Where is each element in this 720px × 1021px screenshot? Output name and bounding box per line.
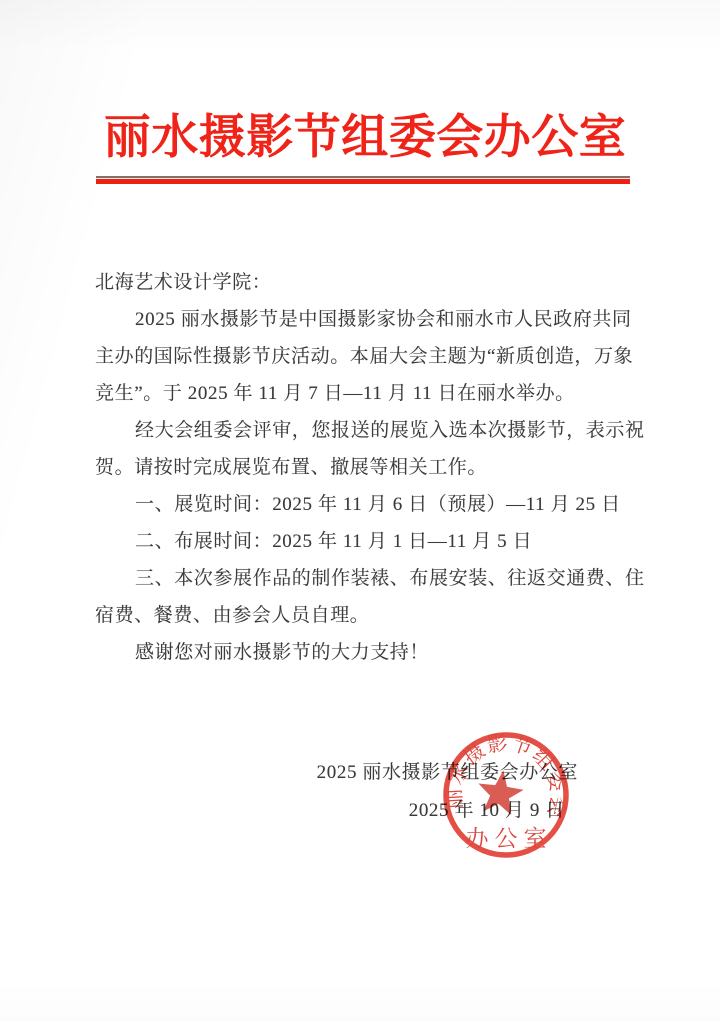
signature-date: 2025 年 10 月 9 日 [409,795,565,822]
body-line: 经大会组委会评审，您报送的展览入选本次摄影节，表示祝 [95,412,643,449]
body-line: 2025 丽水摄影节是中国摄影家协会和丽水市人民政府共同 [95,301,643,338]
body-line: 主办的国际性摄影节庆活动。本届大会主题为“新质创造，万象 [95,338,643,375]
salutation-line: 北海艺术设计学院： [95,264,643,301]
item-line-costs: 三、本次参展作品的制作装裱、布展安装、往返交通费、住 [95,560,643,597]
closing-line: 感谢您对丽水摄影节的大力支持！ [95,634,643,671]
letter-body: 北海艺术设计学院： 2025 丽水摄影节是中国摄影家协会和丽水市人民政府共同 主… [95,264,643,671]
letterhead-rule-shadow [96,176,630,178]
body-line: 贺。请按时完成展览布置、撤展等相关工作。 [95,449,643,486]
body-line: 竞生”。于 2025 年 11 月 7 日—11 月 11 日在丽水举办。 [95,375,643,412]
body-line: 宿费、餐费、由参会人员自理。 [95,597,643,634]
signature-org: 2025 丽水摄影节组委会办公室 [317,757,578,784]
item-line-exhibition-time: 一、展览时间：2025 年 11 月 6 日（预展）—11 月 25 日 [95,486,643,523]
letterhead-rule [96,176,630,184]
letter-page: 丽水摄影节组委会办公室 北海艺术设计学院： 2025 丽水摄影节是中国摄影家协会… [0,0,720,1021]
letterhead-title: 丽水摄影节组委会办公室 [0,100,720,167]
item-line-setup-time: 二、布展时间：2025 年 11 月 1 日—11 月 5 日 [95,523,643,560]
letterhead-rule-red [96,179,630,184]
seal-bottom-text: 办公室 [466,826,553,851]
